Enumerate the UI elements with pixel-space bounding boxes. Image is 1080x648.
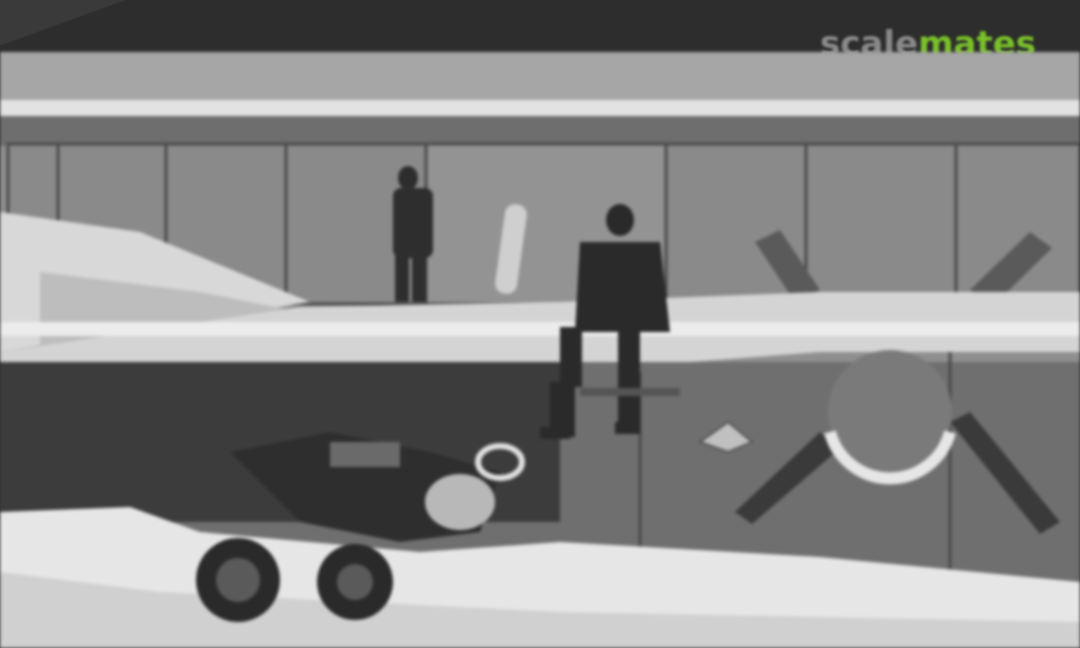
hangar-upper-wall — [0, 52, 1080, 102]
hangar-beam — [0, 100, 1080, 116]
photo-scene — [0, 52, 1080, 648]
photograph — [0, 52, 1080, 648]
motorcycle-headlamp-area — [425, 474, 495, 530]
header-bar: scalemates — [0, 0, 1080, 52]
step-bar — [580, 388, 680, 396]
